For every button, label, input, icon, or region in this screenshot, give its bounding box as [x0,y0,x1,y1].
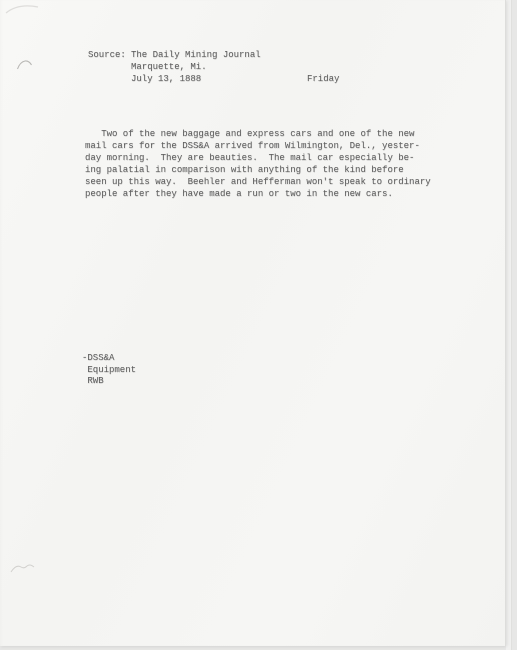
filing-annotation: -DSS&A Equipment RWB [82,353,136,388]
document-page: Source: The Daily Mining Journal Marquet… [0,0,506,646]
source-details: The Daily Mining Journal Marquette, Mi. … [131,49,261,85]
article-paragraph: Two of the new baggage and express cars … [85,128,431,200]
source-label: Source: [88,49,126,61]
page-edge-strip [506,0,512,650]
hole-punch-mark [18,61,32,69]
paper-marks [0,0,505,650]
corner-curl-mark [6,6,38,13]
bottom-curl-mark [11,565,34,572]
scan-backdrop: Source: The Daily Mining Journal Marquet… [0,0,517,650]
source-day: Friday [307,73,339,85]
